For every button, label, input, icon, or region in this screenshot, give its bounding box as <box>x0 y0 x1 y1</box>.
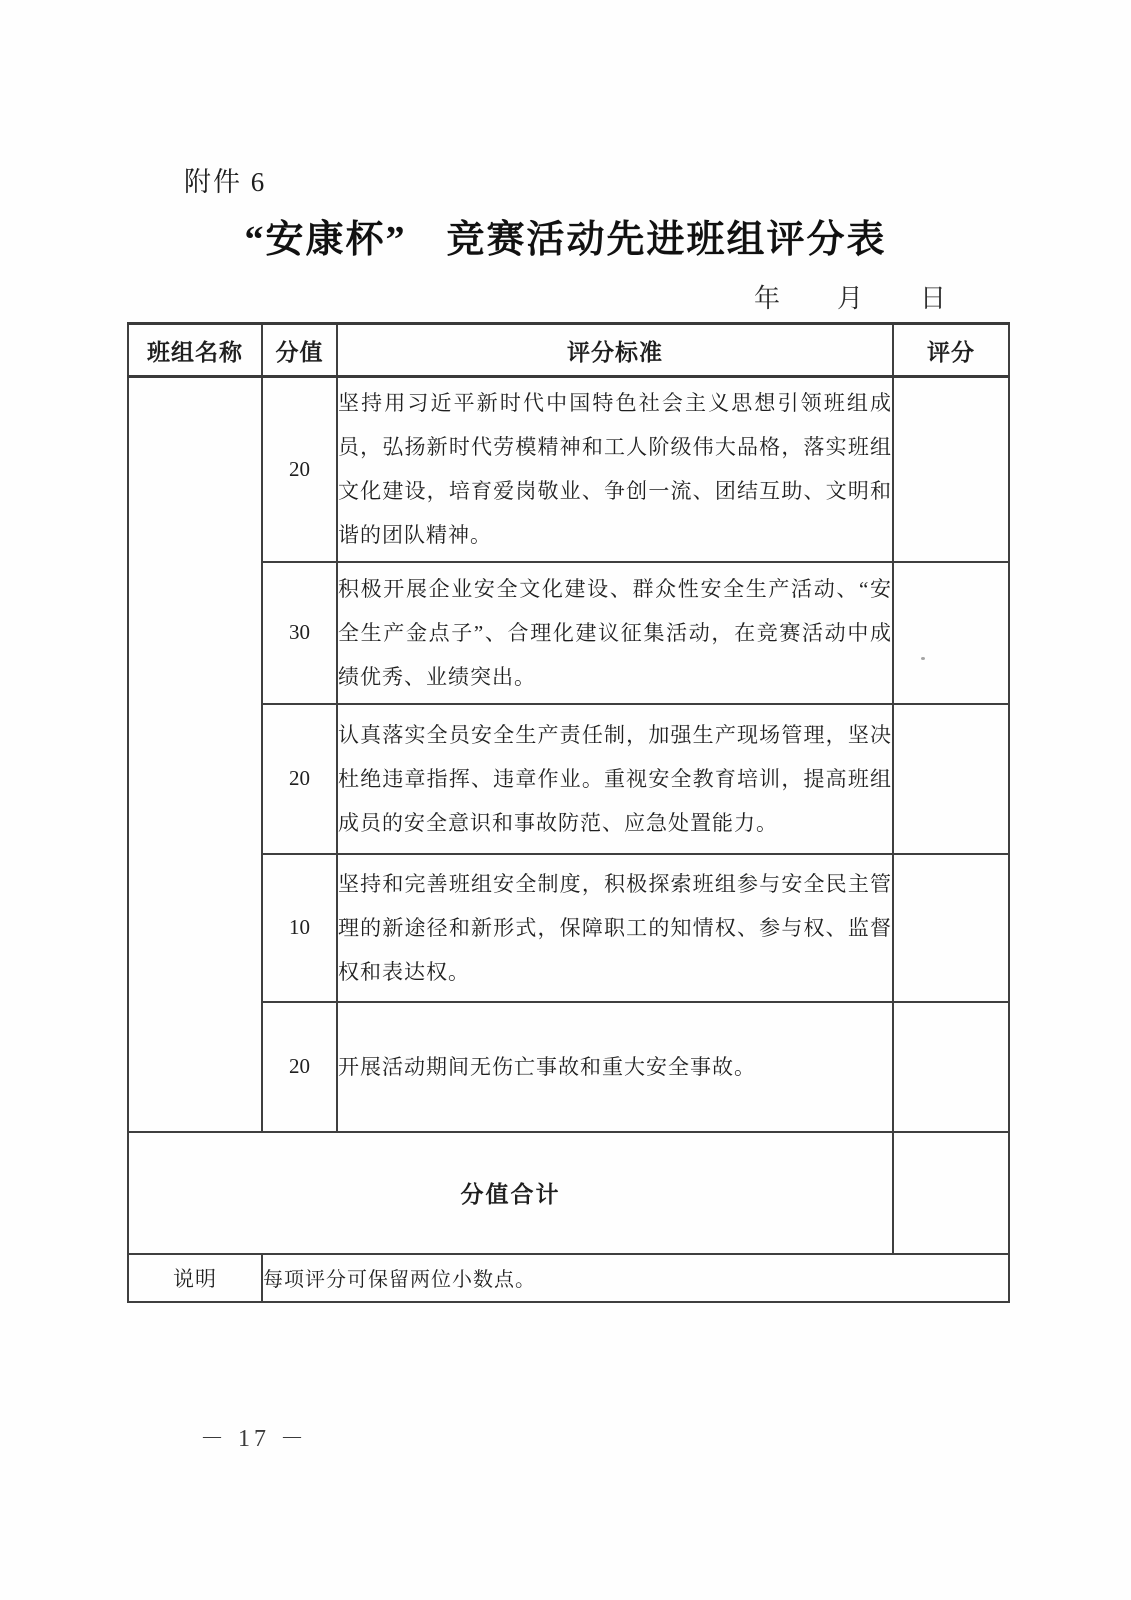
criteria-cell: 开展活动期间无伤亡事故和重大安全事故。 <box>337 1002 893 1132</box>
total-row: 分值合计 <box>128 1132 1009 1254</box>
criteria-cell: 坚持和完善班组安全制度，积极探索班组参与安全民主管理的新途径和新形式，保障职工的… <box>337 854 893 1002</box>
date-day-label: 日 <box>920 278 946 315</box>
score-value-cell: 20 <box>262 377 337 562</box>
table-row: 20 坚持用习近平新时代中国特色社会主义思想引领班组成员，弘扬新时代劳模精神和工… <box>128 377 1009 562</box>
header-team-name: 班组名称 <box>128 324 262 377</box>
score-cell <box>893 704 1009 854</box>
score-cell <box>893 562 1009 704</box>
score-value-cell: 30 <box>262 562 337 704</box>
criteria-cell: 认真落实全员安全生产责任制，加强生产现场管理，坚决杜绝违章指挥、违章作业。重视安… <box>337 704 893 854</box>
attachment-label: 附件 6 <box>184 160 266 199</box>
total-label-cell: 分值合计 <box>128 1132 893 1254</box>
scan-speck-artifact <box>921 657 925 660</box>
table-header-row: 班组名称 分值 评分标准 评分 <box>128 324 1009 377</box>
note-text-cell: 每项评分可保留两位小数点。 <box>262 1254 1009 1302</box>
header-score: 评分 <box>893 324 1009 377</box>
score-cell <box>893 377 1009 562</box>
score-cell <box>893 854 1009 1002</box>
score-table: 班组名称 分值 评分标准 评分 20 坚持用习近平新时代中国特色社会主义思想引领… <box>127 322 1010 1303</box>
date-line: 年 月 日 <box>754 278 946 315</box>
header-score-value: 分值 <box>262 324 337 377</box>
document-page: 附件 6 “安康杯” 竞赛活动先进班组评分表 年 月 日 班组名称 分值 评分标… <box>0 0 1131 1600</box>
page-title: “安康杯” 竞赛活动先进班组评分表 <box>0 208 1131 263</box>
date-year-label: 年 <box>754 278 780 315</box>
score-value-cell: 20 <box>262 1002 337 1132</box>
criteria-cell: 积极开展企业安全文化建设、群众性安全生产活动、“安全生产金点子”、合理化建议征集… <box>337 562 893 704</box>
note-row: 说明 每项评分可保留两位小数点。 <box>128 1254 1009 1302</box>
total-score-cell <box>893 1132 1009 1254</box>
team-name-cell <box>128 377 262 1132</box>
score-value-cell: 20 <box>262 704 337 854</box>
header-criteria: 评分标准 <box>337 324 893 377</box>
score-cell <box>893 1002 1009 1132</box>
criteria-cell: 坚持用习近平新时代中国特色社会主义思想引领班组成员，弘扬新时代劳模精神和工人阶级… <box>337 377 893 562</box>
score-value-cell: 10 <box>262 854 337 1002</box>
note-label-cell: 说明 <box>128 1254 262 1302</box>
page-number: － 17 － <box>200 1418 308 1453</box>
date-month-label: 月 <box>837 278 863 315</box>
